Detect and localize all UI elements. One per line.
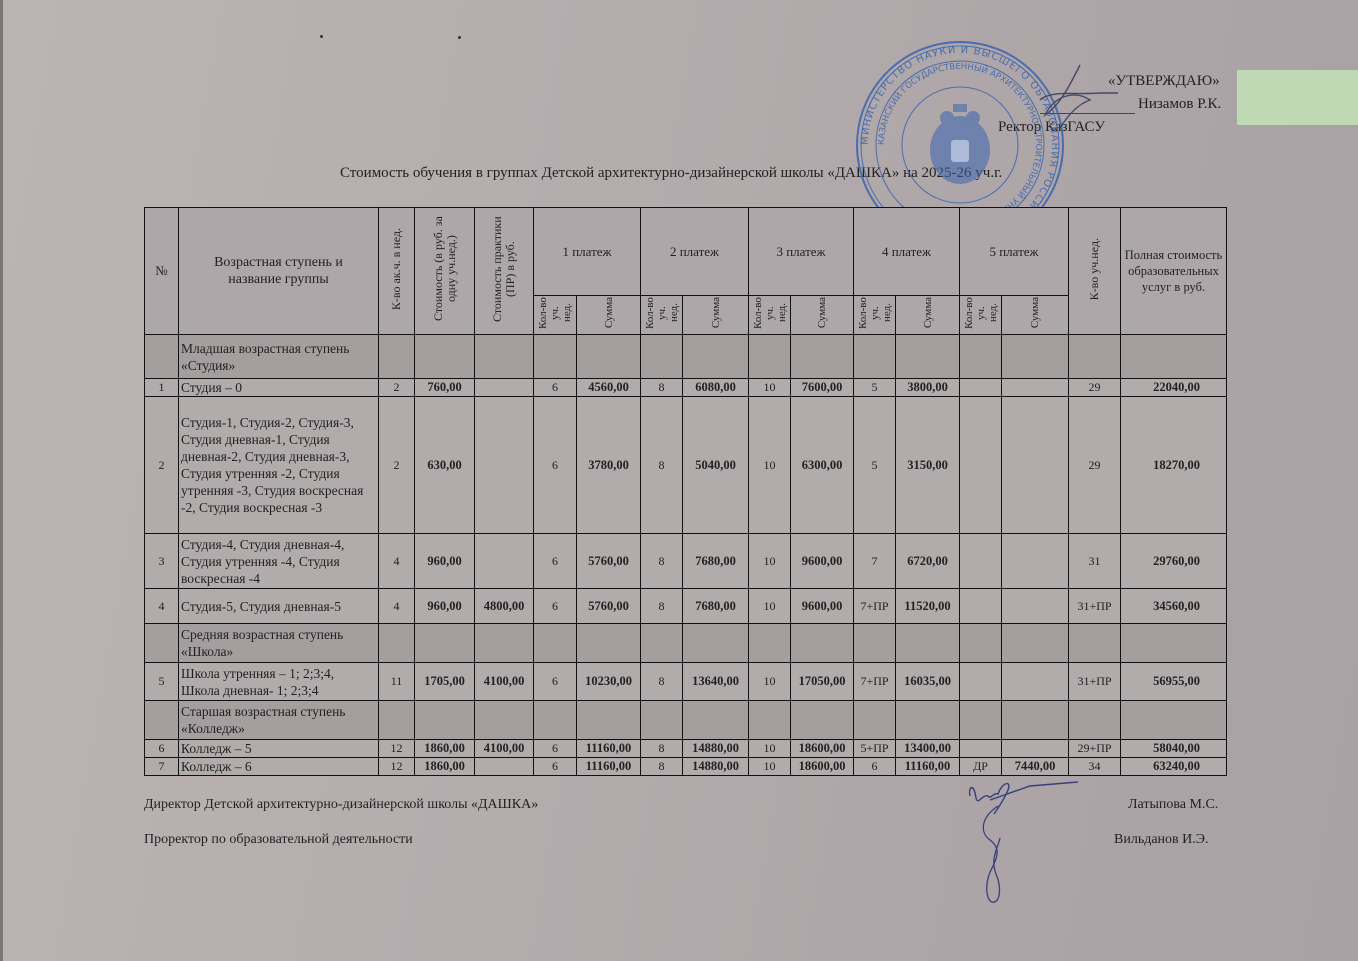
cell-p3s: 17050,00 bbox=[791, 663, 854, 701]
cell-p2s: 14880,00 bbox=[683, 740, 749, 758]
cell-total: 22040,00 bbox=[1121, 379, 1227, 397]
paper-speck bbox=[458, 36, 461, 39]
tuition-table: № Возрастная ступень и название группы К… bbox=[144, 207, 1227, 776]
section-row: Старшая возрастная ступень «Колледж» bbox=[145, 701, 1227, 740]
cell-total: 58040,00 bbox=[1121, 740, 1227, 758]
cell-cost-practice bbox=[475, 397, 534, 534]
cell-num bbox=[145, 624, 179, 663]
cell-p4s: 13400,00 bbox=[896, 740, 960, 758]
cell-name: Младшая возрастная ступень «Студия» bbox=[179, 335, 379, 379]
cell-p1w: 6 bbox=[534, 397, 577, 534]
subheader-weeks-4: Кол-во уч. нед. bbox=[854, 296, 896, 335]
cell-hours bbox=[379, 701, 415, 740]
cell-num bbox=[145, 335, 179, 379]
cell-p5s bbox=[1002, 663, 1069, 701]
cell-hours: 12 bbox=[379, 758, 415, 776]
cell-p3s bbox=[791, 624, 854, 663]
table-row: 7Колледж – 6121860,00611160,00814880,001… bbox=[145, 758, 1227, 776]
cell-cost-week: 630,00 bbox=[415, 397, 475, 534]
green-sticky-patch bbox=[1237, 70, 1358, 125]
paper-speck bbox=[320, 35, 323, 38]
cell-p4w: 5 bbox=[854, 397, 896, 534]
cell-p4w: 7+ПР bbox=[854, 663, 896, 701]
cell-p2w bbox=[641, 624, 683, 663]
cell-p5s bbox=[1002, 589, 1069, 624]
cell-p3w bbox=[749, 624, 791, 663]
cell-p1s: 11160,00 bbox=[577, 758, 641, 776]
cell-p2w: 8 bbox=[641, 740, 683, 758]
cell-num: 2 bbox=[145, 397, 179, 534]
cell-p4w: 6 bbox=[854, 758, 896, 776]
cell-total-weeks: 29 bbox=[1069, 379, 1121, 397]
cell-total bbox=[1121, 624, 1227, 663]
cell-p3w: 10 bbox=[749, 758, 791, 776]
cell-p5s bbox=[1002, 534, 1069, 589]
cell-p4s: 11160,00 bbox=[896, 758, 960, 776]
cell-hours: 12 bbox=[379, 740, 415, 758]
header-total-cost: Полная стоимость образовательных услуг в… bbox=[1121, 208, 1227, 335]
cell-p3w: 10 bbox=[749, 397, 791, 534]
cell-p5s: 7440,00 bbox=[1002, 758, 1069, 776]
cell-cost-week: 1860,00 bbox=[415, 740, 475, 758]
cell-p5w bbox=[960, 701, 1002, 740]
paper-edge bbox=[0, 0, 3, 961]
cell-p2w: 8 bbox=[641, 589, 683, 624]
cell-p1s bbox=[577, 335, 641, 379]
table-row: 5Школа утренняя – 1; 2;3;4, Школа дневна… bbox=[145, 663, 1227, 701]
table-row: 4Студия-5, Студия дневная-54960,004800,0… bbox=[145, 589, 1227, 624]
section-row: Младшая возрастная ступень «Студия» bbox=[145, 335, 1227, 379]
cell-p1s: 3780,00 bbox=[577, 397, 641, 534]
cell-p3s bbox=[791, 335, 854, 379]
subheader-weeks-3: Кол-во уч. нед. bbox=[749, 296, 791, 335]
cell-hours: 11 bbox=[379, 663, 415, 701]
prorector-name: Вильданов И.Э. bbox=[1114, 832, 1209, 848]
cell-p5w bbox=[960, 624, 1002, 663]
cell-hours bbox=[379, 335, 415, 379]
header-payment-1: 1 платеж bbox=[534, 208, 641, 296]
cell-p5s bbox=[1002, 701, 1069, 740]
cell-hours: 4 bbox=[379, 589, 415, 624]
subheader-sum-1: Сумма bbox=[577, 296, 641, 335]
cell-p1s: 10230,00 bbox=[577, 663, 641, 701]
cell-p2s bbox=[683, 701, 749, 740]
cell-total: 29760,00 bbox=[1121, 534, 1227, 589]
cell-cost-week bbox=[415, 624, 475, 663]
cell-total-weeks: 31+ПР bbox=[1069, 663, 1121, 701]
cell-p5w bbox=[960, 379, 1002, 397]
cell-p3s: 6300,00 bbox=[791, 397, 854, 534]
cell-p1w: 6 bbox=[534, 663, 577, 701]
cell-name: Студия-4, Студия дневная-4, Студия утрен… bbox=[179, 534, 379, 589]
cell-total: 56955,00 bbox=[1121, 663, 1227, 701]
cell-total bbox=[1121, 701, 1227, 740]
cell-num bbox=[145, 701, 179, 740]
cell-p3w: 10 bbox=[749, 589, 791, 624]
cell-p5w bbox=[960, 534, 1002, 589]
cell-name: Студия-1, Студия-2, Студия-3, Студия дне… bbox=[179, 397, 379, 534]
cell-p2s bbox=[683, 624, 749, 663]
header-payment-4: 4 платеж bbox=[854, 208, 960, 296]
table-row: 3Студия-4, Студия дневная-4, Студия утре… bbox=[145, 534, 1227, 589]
cell-cost-practice bbox=[475, 701, 534, 740]
cell-p2w: 8 bbox=[641, 663, 683, 701]
director-name: Латыпова М.С. bbox=[1128, 797, 1218, 813]
cell-p5w: ДР bbox=[960, 758, 1002, 776]
cell-p5w bbox=[960, 740, 1002, 758]
cell-cost-practice: 4100,00 bbox=[475, 663, 534, 701]
cell-p5w bbox=[960, 589, 1002, 624]
header-num: № bbox=[145, 208, 179, 335]
subheader-sum-4: Сумма bbox=[896, 296, 960, 335]
cell-p1w: 6 bbox=[534, 589, 577, 624]
cell-p5w bbox=[960, 335, 1002, 379]
cell-p5w bbox=[960, 397, 1002, 534]
cell-p3w bbox=[749, 701, 791, 740]
cell-p4s bbox=[896, 624, 960, 663]
cell-p1s bbox=[577, 624, 641, 663]
cell-p4w bbox=[854, 701, 896, 740]
subheader-weeks-5: Кол-во уч. нед. bbox=[960, 296, 1002, 335]
cell-total-weeks: 31 bbox=[1069, 534, 1121, 589]
cell-p3s: 9600,00 bbox=[791, 534, 854, 589]
cell-p4s: 3150,00 bbox=[896, 397, 960, 534]
cell-p1s: 5760,00 bbox=[577, 589, 641, 624]
cell-p2s: 7680,00 bbox=[683, 534, 749, 589]
cell-p1s bbox=[577, 701, 641, 740]
cell-p4s: 6720,00 bbox=[896, 534, 960, 589]
cell-p4w bbox=[854, 624, 896, 663]
approval-name: Низамов Р.К. bbox=[1138, 96, 1221, 113]
header-payment-2: 2 платеж bbox=[641, 208, 749, 296]
cell-num: 6 bbox=[145, 740, 179, 758]
cell-p3s bbox=[791, 701, 854, 740]
cell-p3w: 10 bbox=[749, 663, 791, 701]
cell-p2s: 6080,00 bbox=[683, 379, 749, 397]
cell-cost-week bbox=[415, 701, 475, 740]
subheader-weeks-1: Кол-во уч. нед. bbox=[534, 296, 577, 335]
cell-p5s bbox=[1002, 397, 1069, 534]
table-row: 6Колледж – 5121860,004100,00611160,00814… bbox=[145, 740, 1227, 758]
cell-num: 7 bbox=[145, 758, 179, 776]
cell-p5w bbox=[960, 663, 1002, 701]
cell-hours: 2 bbox=[379, 397, 415, 534]
table-row: 2Студия-1, Студия-2, Студия-3, Студия дн… bbox=[145, 397, 1227, 534]
cell-cost-week: 960,00 bbox=[415, 534, 475, 589]
header-hours: К-во ак.ч. в нед. bbox=[379, 208, 415, 335]
cell-p3s: 18600,00 bbox=[791, 758, 854, 776]
cell-p2s: 14880,00 bbox=[683, 758, 749, 776]
director-position: Директор Детской архитектурно-дизайнерск… bbox=[144, 797, 538, 813]
table-row: 1Студия – 02760,0064560,0086080,00107600… bbox=[145, 379, 1227, 397]
cell-cost-week bbox=[415, 335, 475, 379]
cell-p2w bbox=[641, 335, 683, 379]
cell-total: 63240,00 bbox=[1121, 758, 1227, 776]
cell-p5s bbox=[1002, 624, 1069, 663]
cell-p3s: 9600,00 bbox=[791, 589, 854, 624]
cell-p1w: 6 bbox=[534, 534, 577, 589]
cell-cost-practice bbox=[475, 379, 534, 397]
header-cost-practice: Стоимость практики (ПР) в руб. bbox=[475, 208, 534, 335]
cell-p2w: 8 bbox=[641, 534, 683, 589]
cell-p4w: 5+ПР bbox=[854, 740, 896, 758]
section-row: Средняя возрастная ступень «Школа» bbox=[145, 624, 1227, 663]
header-cost-week: Стоимость (в руб. за одну уч.нед.) bbox=[415, 208, 475, 335]
cell-num: 3 bbox=[145, 534, 179, 589]
subheader-sum-5: Сумма bbox=[1002, 296, 1069, 335]
approval-heading: «УТВЕРЖДАЮ» bbox=[1108, 73, 1220, 90]
cell-total-weeks: 31+ПР bbox=[1069, 589, 1121, 624]
cell-total-weeks bbox=[1069, 335, 1121, 379]
cell-cost-practice: 4800,00 bbox=[475, 589, 534, 624]
cell-p2w bbox=[641, 701, 683, 740]
cell-name: Средняя возрастная ступень «Школа» bbox=[179, 624, 379, 663]
cell-p4s: 11520,00 bbox=[896, 589, 960, 624]
cell-p3s: 7600,00 bbox=[791, 379, 854, 397]
cell-p4s: 16035,00 bbox=[896, 663, 960, 701]
cell-p2s: 13640,00 bbox=[683, 663, 749, 701]
cell-p3w bbox=[749, 335, 791, 379]
subheader-sum-3: Сумма bbox=[791, 296, 854, 335]
cell-p1s: 5760,00 bbox=[577, 534, 641, 589]
cell-cost-week: 1705,00 bbox=[415, 663, 475, 701]
subheader-sum-2: Сумма bbox=[683, 296, 749, 335]
header-group: Возрастная ступень и название группы bbox=[179, 208, 379, 335]
cell-name: Колледж – 5 bbox=[179, 740, 379, 758]
cell-cost-practice bbox=[475, 335, 534, 379]
cell-p5s bbox=[1002, 379, 1069, 397]
handwritten-signatures-icon bbox=[960, 778, 1080, 906]
cell-total bbox=[1121, 335, 1227, 379]
header-payment-3: 3 платеж bbox=[749, 208, 854, 296]
cell-cost-week: 760,00 bbox=[415, 379, 475, 397]
header-total-weeks: К-во уч.нед. bbox=[1069, 208, 1121, 335]
cell-total: 18270,00 bbox=[1121, 397, 1227, 534]
cell-p1w: 6 bbox=[534, 758, 577, 776]
cell-cost-week: 1860,00 bbox=[415, 758, 475, 776]
cell-p4s bbox=[896, 335, 960, 379]
cell-cost-practice bbox=[475, 758, 534, 776]
cell-p3w: 10 bbox=[749, 740, 791, 758]
cell-total-weeks bbox=[1069, 624, 1121, 663]
cell-p2w: 8 bbox=[641, 758, 683, 776]
cell-hours bbox=[379, 624, 415, 663]
cell-cost-week: 960,00 bbox=[415, 589, 475, 624]
cell-num: 5 bbox=[145, 663, 179, 701]
cell-p2s: 5040,00 bbox=[683, 397, 749, 534]
cell-total: 34560,00 bbox=[1121, 589, 1227, 624]
cell-p4s bbox=[896, 701, 960, 740]
cell-p1w bbox=[534, 701, 577, 740]
cell-num: 1 bbox=[145, 379, 179, 397]
cell-name: Студия-5, Студия дневная-5 bbox=[179, 589, 379, 624]
cell-name: Старшая возрастная ступень «Колледж» bbox=[179, 701, 379, 740]
cell-p1w bbox=[534, 335, 577, 379]
cell-p4s: 3800,00 bbox=[896, 379, 960, 397]
cell-p1s: 4560,00 bbox=[577, 379, 641, 397]
cell-cost-practice: 4100,00 bbox=[475, 740, 534, 758]
cell-p2w: 8 bbox=[641, 379, 683, 397]
cell-p1w: 6 bbox=[534, 379, 577, 397]
cell-num: 4 bbox=[145, 589, 179, 624]
cell-p2s bbox=[683, 335, 749, 379]
cell-p2s: 7680,00 bbox=[683, 589, 749, 624]
cell-hours: 2 bbox=[379, 379, 415, 397]
cell-p4w bbox=[854, 335, 896, 379]
rector-signature-icon bbox=[1030, 60, 1120, 130]
subheader-weeks-2: Кол-во уч. нед. bbox=[641, 296, 683, 335]
cell-p1s: 11160,00 bbox=[577, 740, 641, 758]
cell-p3w: 10 bbox=[749, 534, 791, 589]
cell-p4w: 5 bbox=[854, 379, 896, 397]
cell-name: Студия – 0 bbox=[179, 379, 379, 397]
cell-p3w: 10 bbox=[749, 379, 791, 397]
cell-p2w: 8 bbox=[641, 397, 683, 534]
cell-p4w: 7 bbox=[854, 534, 896, 589]
cell-total-weeks: 29+ПР bbox=[1069, 740, 1121, 758]
header-payment-5: 5 платеж bbox=[960, 208, 1069, 296]
cell-p1w: 6 bbox=[534, 740, 577, 758]
cell-total-weeks: 29 bbox=[1069, 397, 1121, 534]
cell-name: Колледж – 6 bbox=[179, 758, 379, 776]
cell-p4w: 7+ПР bbox=[854, 589, 896, 624]
cell-p1w bbox=[534, 624, 577, 663]
cell-total-weeks bbox=[1069, 701, 1121, 740]
cell-total-weeks: 34 bbox=[1069, 758, 1121, 776]
cell-cost-practice bbox=[475, 624, 534, 663]
cell-cost-practice bbox=[475, 534, 534, 589]
cell-hours: 4 bbox=[379, 534, 415, 589]
cell-p3s: 18600,00 bbox=[791, 740, 854, 758]
cell-name: Школа утренняя – 1; 2;3;4, Школа дневная… bbox=[179, 663, 379, 701]
prorector-position: Проректор по образовательной деятельност… bbox=[144, 832, 413, 848]
cell-p5s bbox=[1002, 335, 1069, 379]
cell-p5s bbox=[1002, 740, 1069, 758]
